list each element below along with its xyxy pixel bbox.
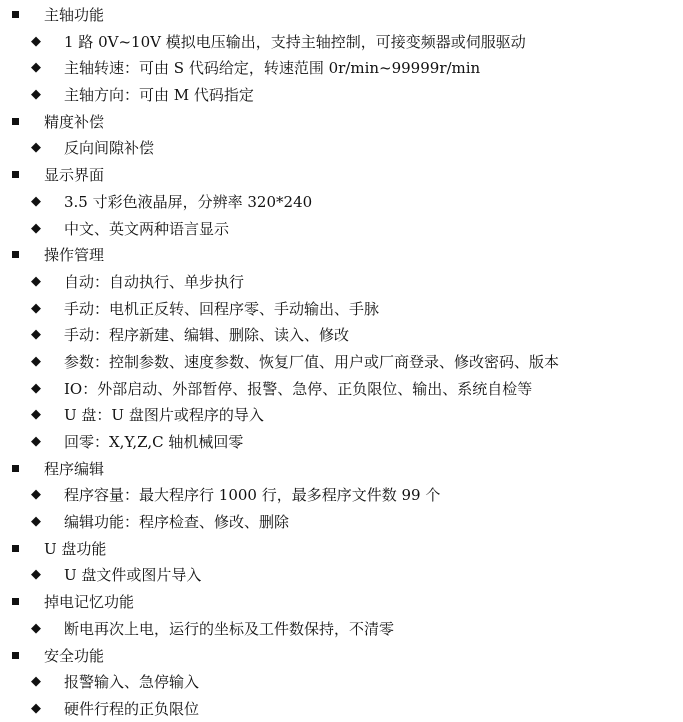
list-item: ◆ 程序容量：最大程序行 1000 行，最多程序文件数 99 个 xyxy=(0,482,683,509)
section-heading: 掉电记忆功能 xyxy=(0,589,683,616)
square-bullet-icon xyxy=(12,242,19,269)
list-item: ◆ 编辑功能：程序检查、修改、删除 xyxy=(0,509,683,536)
square-bullet-icon xyxy=(12,536,19,563)
list-item-text: 1 路 0V~10V 模拟电压输出，支持主轴控制，可接变频器或伺服驱动 xyxy=(64,29,526,56)
square-bullet-icon xyxy=(12,456,19,483)
list-item: ◆ 回零：X,Y,Z,C 轴机械回零 xyxy=(0,429,683,456)
list-item: ◆ 硬件行程的正负限位 xyxy=(0,696,683,722)
section-title: 主轴功能 xyxy=(44,2,104,29)
square-bullet-icon xyxy=(12,589,19,616)
diamond-bullet-icon: ◆ xyxy=(31,349,41,376)
diamond-bullet-icon: ◆ xyxy=(31,29,41,56)
diamond-bullet-icon: ◆ xyxy=(31,135,41,162)
list-item-text: 回零：X,Y,Z,C 轴机械回零 xyxy=(64,429,243,456)
list-item: ◆ 反向间隙补偿 xyxy=(0,135,683,162)
diamond-bullet-icon: ◆ xyxy=(31,376,41,403)
list-item-text: U 盘：U 盘图片或程序的导入 xyxy=(64,402,264,429)
diamond-bullet-icon: ◆ xyxy=(31,322,41,349)
list-item-text: U 盘文件或图片导入 xyxy=(64,562,201,589)
diamond-bullet-icon: ◆ xyxy=(31,189,41,216)
diamond-bullet-icon: ◆ xyxy=(31,669,41,696)
list-item: ◆ 中文、英文两种语言显示 xyxy=(0,216,683,243)
list-item-text: 参数：控制参数、速度参数、恢复厂值、用户或厂商登录、修改密码、版本 xyxy=(64,349,559,376)
section-title: 显示界面 xyxy=(44,162,104,189)
section-heading: 显示界面 xyxy=(0,162,683,189)
diamond-bullet-icon: ◆ xyxy=(31,82,41,109)
list-item-text: 反向间隙补偿 xyxy=(64,135,154,162)
diamond-bullet-icon: ◆ xyxy=(31,296,41,323)
list-item: ◆ 3.5 寸彩色液晶屏，分辨率 320*240 xyxy=(0,189,683,216)
list-item: ◆ U 盘：U 盘图片或程序的导入 xyxy=(0,402,683,429)
square-bullet-icon xyxy=(12,162,19,189)
section-title: 程序编辑 xyxy=(44,456,104,483)
diamond-bullet-icon: ◆ xyxy=(31,696,41,722)
list-item: ◆ 1 路 0V~10V 模拟电压输出，支持主轴控制，可接变频器或伺服驱动 xyxy=(0,29,683,56)
section-heading: 主轴功能 xyxy=(0,2,683,29)
list-item: ◆ IO：外部启动、外部暂停、报警、急停、正负限位、输出、系统自检等 xyxy=(0,376,683,403)
section-heading: 安全功能 xyxy=(0,643,683,670)
section-title: 精度补偿 xyxy=(44,109,104,136)
section-title: 安全功能 xyxy=(44,643,104,670)
square-bullet-icon xyxy=(12,2,19,29)
section-heading: 精度补偿 xyxy=(0,109,683,136)
diamond-bullet-icon: ◆ xyxy=(31,616,41,643)
square-bullet-icon xyxy=(12,109,19,136)
list-item-text: 主轴方向：可由 M 代码指定 xyxy=(64,82,254,109)
diamond-bullet-icon: ◆ xyxy=(31,509,41,536)
list-item: ◆ 参数：控制参数、速度参数、恢复厂值、用户或厂商登录、修改密码、版本 xyxy=(0,349,683,376)
diamond-bullet-icon: ◆ xyxy=(31,429,41,456)
diamond-bullet-icon: ◆ xyxy=(31,482,41,509)
section-title: U 盘功能 xyxy=(44,536,106,563)
list-item-text: 硬件行程的正负限位 xyxy=(64,696,199,722)
list-item-text: 手动：电机正反转、回程序零、手动输出、手脉 xyxy=(64,296,379,323)
section-heading: 程序编辑 xyxy=(0,456,683,483)
list-item: ◆ 手动：程序新建、编辑、删除、读入、修改 xyxy=(0,322,683,349)
list-item-text: 自动：自动执行、单步执行 xyxy=(64,269,244,296)
list-item-text: 断电再次上电，运行的坐标及工件数保持，不清零 xyxy=(64,616,394,643)
list-item-text: 中文、英文两种语言显示 xyxy=(64,216,229,243)
list-item: ◆ 报警输入、急停输入 xyxy=(0,669,683,696)
list-item-text: 程序容量：最大程序行 1000 行，最多程序文件数 99 个 xyxy=(64,482,440,509)
section-heading: 操作管理 xyxy=(0,242,683,269)
section-heading: U 盘功能 xyxy=(0,536,683,563)
diamond-bullet-icon: ◆ xyxy=(31,216,41,243)
list-item: ◆ 主轴方向：可由 M 代码指定 xyxy=(0,82,683,109)
list-item: ◆ 主轴转速：可由 S 代码给定，转速范围 0r/min~99999r/min xyxy=(0,55,683,82)
list-item: ◆ 手动：电机正反转、回程序零、手动输出、手脉 xyxy=(0,296,683,323)
list-item-text: 3.5 寸彩色液晶屏，分辨率 320*240 xyxy=(64,189,312,216)
list-item: ◆ 自动：自动执行、单步执行 xyxy=(0,269,683,296)
diamond-bullet-icon: ◆ xyxy=(31,562,41,589)
section-title: 操作管理 xyxy=(44,242,104,269)
diamond-bullet-icon: ◆ xyxy=(31,55,41,82)
list-item-text: 报警输入、急停输入 xyxy=(64,669,199,696)
list-item-text: 主轴转速：可由 S 代码给定，转速范围 0r/min~99999r/min xyxy=(64,55,480,82)
list-item: ◆ 断电再次上电，运行的坐标及工件数保持，不清零 xyxy=(0,616,683,643)
list-item-text: 手动：程序新建、编辑、删除、读入、修改 xyxy=(64,322,349,349)
list-item: ◆ U 盘文件或图片导入 xyxy=(0,562,683,589)
diamond-bullet-icon: ◆ xyxy=(31,402,41,429)
diamond-bullet-icon: ◆ xyxy=(31,269,41,296)
feature-list-document: 主轴功能 ◆ 1 路 0V~10V 模拟电压输出，支持主轴控制，可接变频器或伺服… xyxy=(0,0,683,722)
section-title: 掉电记忆功能 xyxy=(44,589,134,616)
list-item-text: IO：外部启动、外部暂停、报警、急停、正负限位、输出、系统自检等 xyxy=(64,376,532,403)
square-bullet-icon xyxy=(12,643,19,670)
list-item-text: 编辑功能：程序检查、修改、删除 xyxy=(64,509,289,536)
